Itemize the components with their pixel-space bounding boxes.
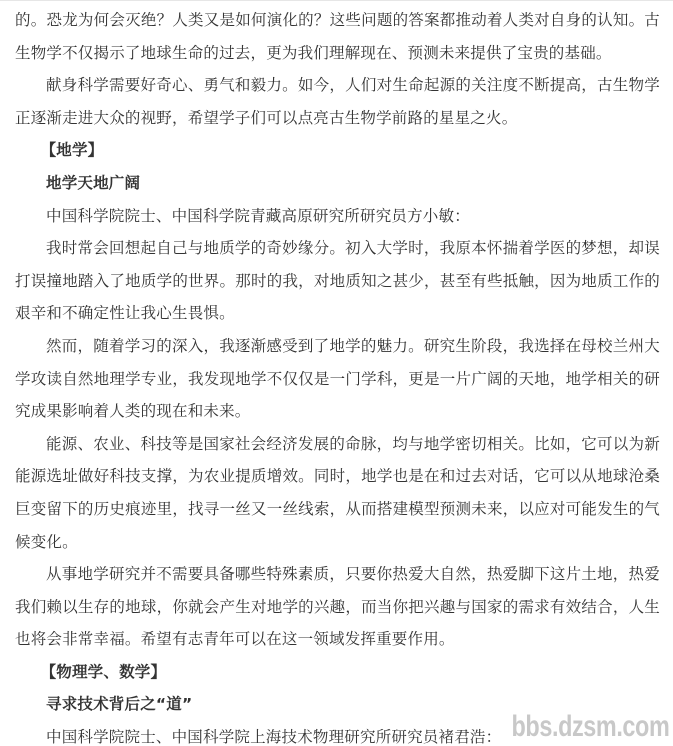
subsection-title: 地学天地广阔 [15,167,660,200]
paragraph-continued: 的。恐龙为何会灭绝？人类又是如何演化的？这些问题的答案都推动着人类对自身的认知。… [15,4,660,69]
paragraph: 献身科学需要好奇心、勇气和毅力。如今，人们对生命起源的关注度不断提高，古生物学正… [15,69,660,134]
article-body: 的。恐龙为何会灭绝？人类又是如何演化的？这些问题的答案都推动着人类对自身的认知。… [15,4,660,746]
top-divider [0,0,673,1]
section-heading-physics-math: 【物理学、数学】 [15,656,660,689]
paragraph: 我时常会回想起自己与地质学的奇妙缘分。初入大学时，我原本怀揣着学医的梦想，却误打… [15,232,660,330]
author-line: 中国科学院院士、中国科学院青藏高原研究所研究员方小敏： [15,200,660,233]
paragraph: 从事地学研究并不需要具备哪些特殊素质，只要你热爱大自然，热爱脚下这片土地，热爱我… [15,558,660,656]
watermark: bbs.dzsm.com [511,710,669,744]
paragraph: 然而，随着学习的深入，我逐渐感受到了地学的魅力。研究生阶段，我选择在母校兰州大学… [15,330,660,428]
paragraph: 能源、农业、科技等是国家社会经济发展的命脉，均与地学密切相关。比如，它可以为新能… [15,428,660,558]
section-heading-geoscience: 【地学】 [15,134,660,167]
